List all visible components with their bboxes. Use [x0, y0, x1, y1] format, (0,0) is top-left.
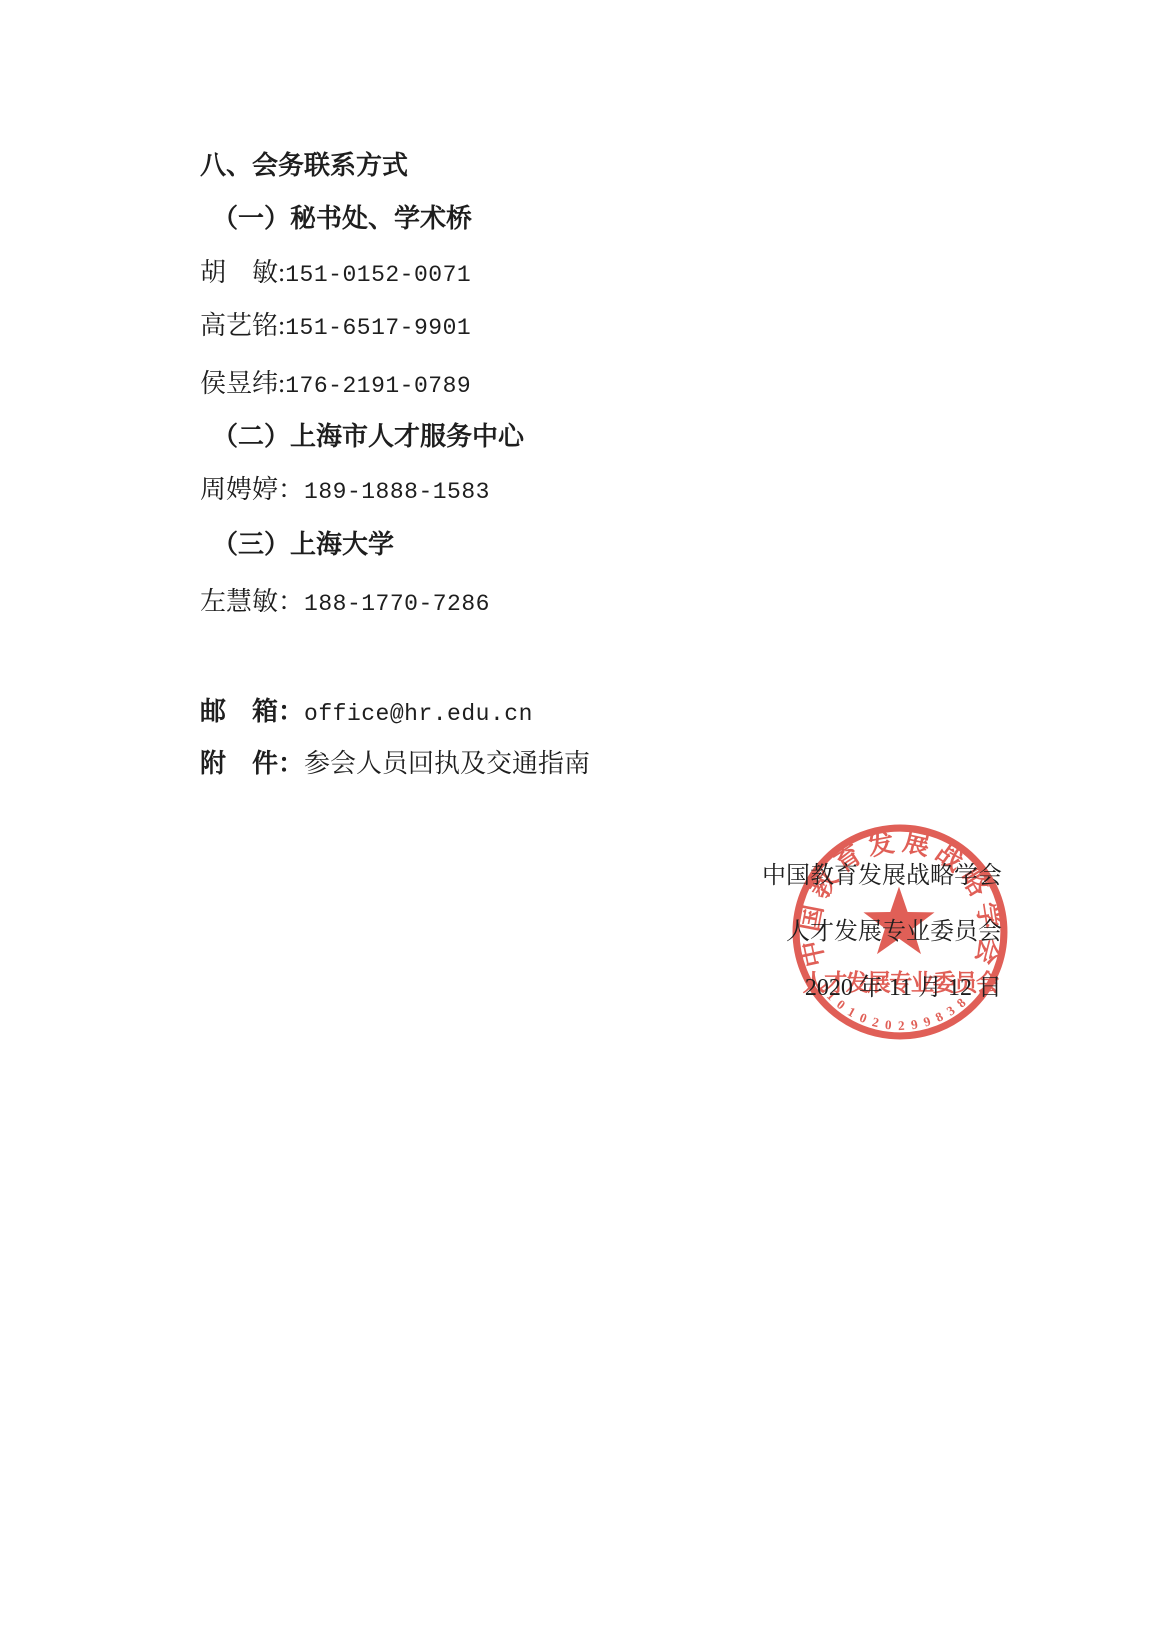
email-value: office@hr.edu.cn	[304, 701, 533, 727]
contact-phone: 189-1888-1583	[304, 479, 490, 505]
attachment-value: 参会人员回执及交通指南	[304, 749, 590, 778]
contact-phone: 151-0152-0071	[285, 262, 471, 288]
section-heading: 八、会务联系方式	[200, 150, 408, 182]
contact-row: 高艺铭:151-6517-9901	[200, 310, 471, 344]
subsection-title-3: （三）上海大学	[200, 529, 394, 561]
signature-org-line1: 中国教育发展战略学会	[762, 862, 1002, 890]
contact-name: 高艺铭	[200, 311, 278, 340]
attachment-label: 附 件	[200, 749, 278, 778]
contact-row: 胡 敏:151-0152-0071	[200, 257, 471, 291]
email-row: 邮 箱：office@hr.edu.cn	[200, 696, 533, 730]
contact-name: 左慧敏	[200, 587, 278, 616]
contact-row: 周娉婷：189-1888-1583	[200, 474, 490, 508]
contact-name: 胡 敏	[200, 258, 278, 287]
subsection-title-2: （二）上海市人才服务中心	[200, 421, 524, 453]
contact-phone: 151-6517-9901	[285, 315, 471, 341]
attachment-colon: ：	[278, 749, 304, 778]
contact-colon: ：	[278, 475, 304, 504]
contact-phone: 188-1770-7286	[304, 591, 490, 617]
attachment-row: 附 件：参会人员回执及交通指南	[200, 748, 590, 780]
document-page: 八、会务联系方式 （一）秘书处、学术桥 胡 敏:151-0152-0071 高艺…	[0, 0, 1159, 1640]
contact-name: 侯昱纬	[200, 369, 278, 398]
contact-name: 周娉婷	[200, 475, 278, 504]
contact-phone: 176-2191-0789	[285, 373, 471, 399]
signature-date: 2020 年 11 月 12 日	[805, 974, 1002, 1002]
email-label: 邮 箱	[200, 697, 278, 726]
email-colon: ：	[278, 697, 304, 726]
contact-colon: ：	[278, 587, 304, 616]
contact-row: 左慧敏：188-1770-7286	[200, 586, 490, 620]
contact-row: 侯昱纬:176-2191-0789	[200, 368, 471, 402]
signature-org-line2: 人才发展专业委员会	[786, 918, 1002, 946]
subsection-title-1: （一）秘书处、学术桥	[200, 203, 472, 235]
